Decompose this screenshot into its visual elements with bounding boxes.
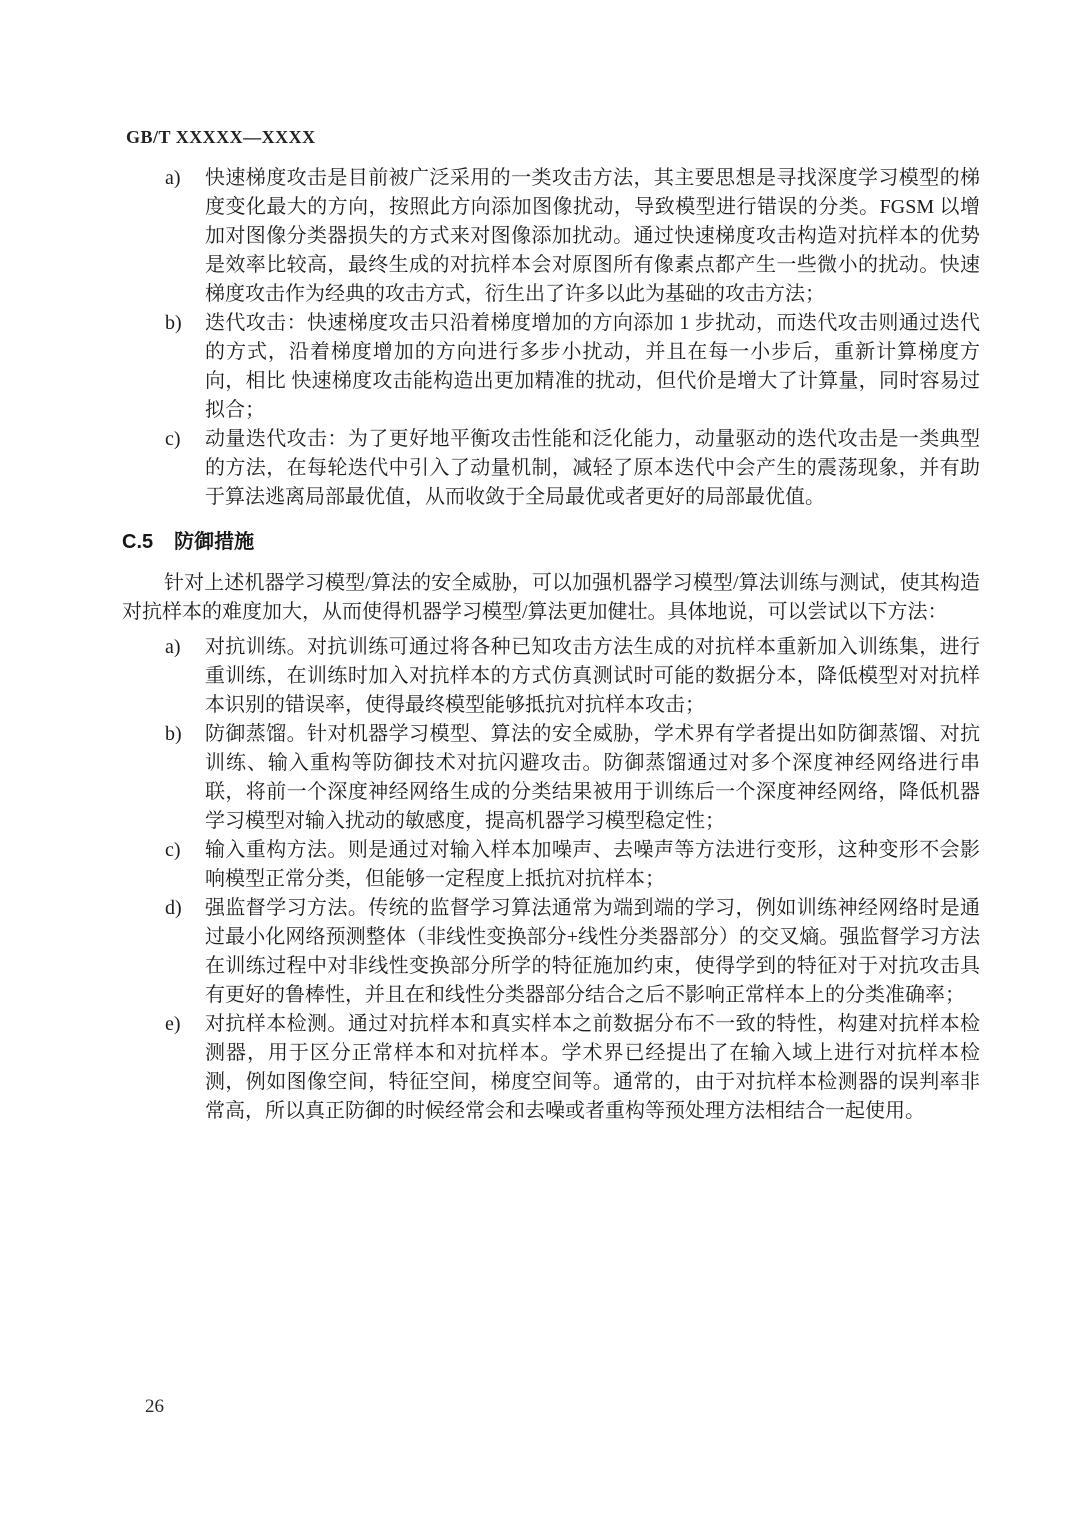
list-item-text: 迭代攻击：快速梯度攻击只沿着梯度增加的方向添加 1 步扰动，而迭代攻击则通过迭代… <box>205 309 980 425</box>
list-item: c) 动量迭代攻击：为了更好地平衡攻击性能和泛化能力，动量驱动的迭代攻击是一类典… <box>165 425 980 512</box>
list-item-text: 输入重构方法。则是通过对输入样本加噪声、去噪声等方法进行变形，这种变形不会影响模… <box>205 836 980 894</box>
page-number: 26 <box>145 1396 164 1418</box>
list-item-marker: d) <box>165 894 205 1010</box>
list-item: a) 快速梯度攻击是目前被广泛采用的一类攻击方法，其主要思想是寻找深度学习模型的… <box>165 164 980 309</box>
list-item: a) 对抗训练。对抗训练可通过将各种已知攻击方法生成的对抗样本重新加入训练集，进… <box>165 633 980 720</box>
list-item-marker: c) <box>165 836 205 894</box>
document-code: GB/T XXXXX—XXXX <box>126 126 980 148</box>
section-title: 防御措施 <box>174 529 254 555</box>
list-item-marker: b) <box>165 309 205 425</box>
section-c5-heading: C.5 防御措施 <box>122 529 980 555</box>
list-item-marker: a) <box>165 633 205 720</box>
list-item-text: 对抗训练。对抗训练可通过将各种已知攻击方法生成的对抗样本重新加入训练集，进行重训… <box>205 633 980 720</box>
page-content: GB/T XXXXX—XXXX a) 快速梯度攻击是目前被广泛采用的一类攻击方法… <box>122 126 980 1126</box>
section-intro-paragraph: 针对上述机器学习模型/算法的安全威胁，可以加强机器学习模型/算法训练与测试，使其… <box>122 569 980 627</box>
list-item-text: 动量迭代攻击：为了更好地平衡攻击性能和泛化能力，动量驱动的迭代攻击是一类典型的方… <box>205 425 980 512</box>
list-item-text: 快速梯度攻击是目前被广泛采用的一类攻击方法，其主要思想是寻找深度学习模型的梯度变… <box>205 164 980 309</box>
list-item: b) 迭代攻击：快速梯度攻击只沿着梯度增加的方向添加 1 步扰动，而迭代攻击则通… <box>165 309 980 425</box>
list-item-marker: a) <box>165 164 205 309</box>
list-item-marker: b) <box>165 720 205 836</box>
list-item-text: 防御蒸馏。针对机器学习模型、算法的安全威胁，学术界有学者提出如防御蒸馏、对抗训练… <box>205 720 980 836</box>
defense-methods-list: a) 对抗训练。对抗训练可通过将各种已知攻击方法生成的对抗样本重新加入训练集，进… <box>122 633 980 1126</box>
list-item: b) 防御蒸馏。针对机器学习模型、算法的安全威胁，学术界有学者提出如防御蒸馏、对… <box>165 720 980 836</box>
document-page: { "document": { "code": "GB/T XXXXX—XXXX… <box>0 0 1080 1528</box>
list-item-marker: e) <box>165 1010 205 1126</box>
list-item-marker: c) <box>165 425 205 512</box>
attack-methods-list: a) 快速梯度攻击是目前被广泛采用的一类攻击方法，其主要思想是寻找深度学习模型的… <box>122 164 980 512</box>
list-item-text: 强监督学习方法。传统的监督学习算法通常为端到端的学习，例如训练神经网络时是通过最… <box>205 894 980 1010</box>
list-item: e) 对抗样本检测。通过对抗样本和真实样本之前数据分布不一致的特性，构建对抗样本… <box>165 1010 980 1126</box>
section-number: C.5 <box>122 529 153 555</box>
list-item: c) 输入重构方法。则是通过对输入样本加噪声、去噪声等方法进行变形，这种变形不会… <box>165 836 980 894</box>
list-item-text: 对抗样本检测。通过对抗样本和真实样本之前数据分布不一致的特性，构建对抗样本检测器… <box>205 1010 980 1126</box>
list-item: d) 强监督学习方法。传统的监督学习算法通常为端到端的学习，例如训练神经网络时是… <box>165 894 980 1010</box>
